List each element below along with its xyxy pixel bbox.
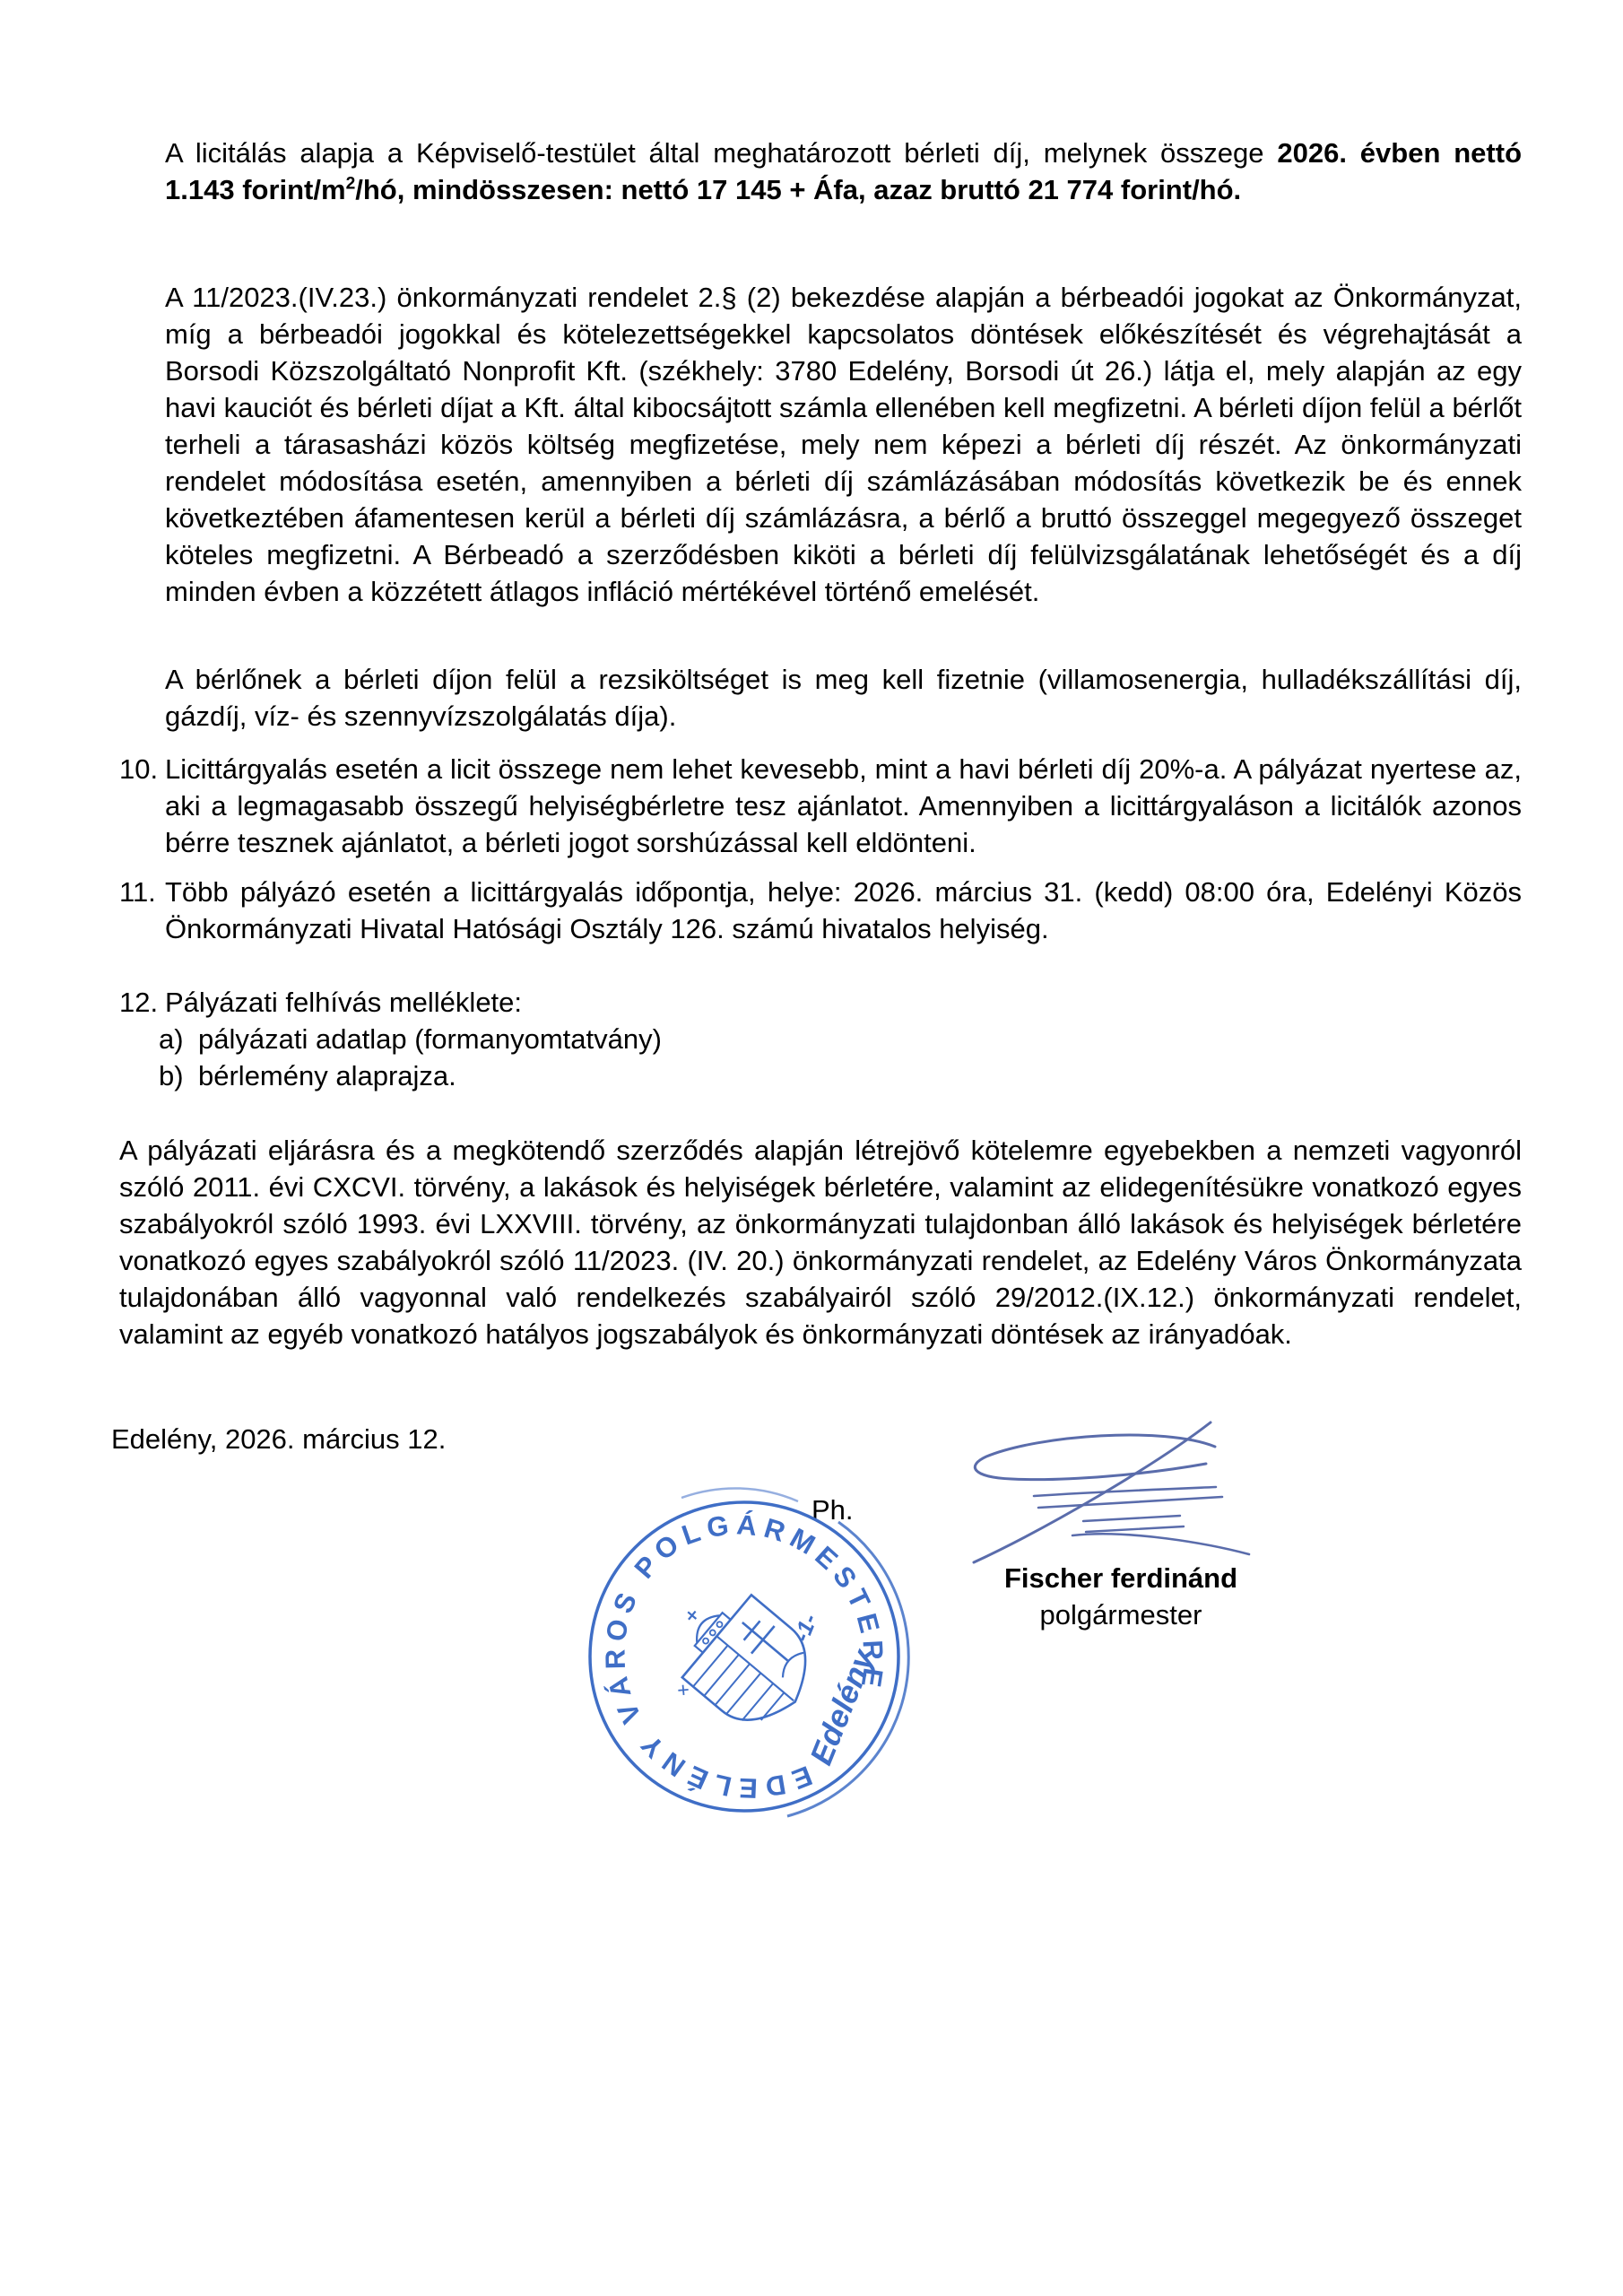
stamp-inner-note: -1- [789, 1611, 822, 1646]
signer-title: polgármester [933, 1596, 1309, 1633]
date-line: Edelény, 2026. március 12. [111, 1421, 829, 1457]
list-item-11-text: Több pályázó esetén a licittárgyalás idő… [165, 876, 1522, 944]
intro-paragraph: A licitálás alapja a Képviselő-testület … [165, 135, 1522, 208]
landlord-rights-paragraph: A 11/2023.(IV.23.) önkormányzati rendele… [165, 279, 1522, 610]
list-item-12b-label: b) [159, 1057, 184, 1094]
list-item-12a: a) pályázati adatlap (formanyomtatvány) [159, 1021, 1522, 1057]
list-item-12: 12. Pályázati felhívás melléklete: a) pá… [119, 984, 1522, 1094]
list-item-11-number: 11. [119, 874, 156, 910]
square-meter-superscript: 2 [346, 175, 356, 194]
utilities-paragraph: A bérlőnek a bérleti díjon felül a rezsi… [165, 661, 1522, 735]
stamp-top-smudge-arc [681, 1488, 798, 1501]
mayor-signature [940, 1410, 1263, 1576]
list-item-10-text: Licittárgyalás esetén a licit összege ne… [165, 753, 1522, 858]
mayor-round-stamp: EDELÉNY VÁROS POLGÁRMESTERE -1- Edelény [574, 1480, 924, 1848]
stamp-inner-city: Edelény [803, 1644, 881, 1770]
list-item-12-number: 12. [119, 984, 158, 1021]
list-item-12b-text: bérlemény alaprajza. [198, 1060, 456, 1091]
legal-references-paragraph: A pályázati eljárásra és a megkötendő sz… [119, 1132, 1522, 1352]
list-item-12a-text: pályázati adatlap (formanyomtatvány) [198, 1023, 662, 1055]
intro-paragraph-bold-tail: /hó, mindösszesen: nettó 17 145 + Áfa, a… [355, 174, 1241, 205]
list-item-12a-label: a) [159, 1021, 184, 1057]
signer-name: Fischer ferdinánd [933, 1560, 1309, 1596]
coat-of-arms [646, 1570, 830, 1752]
list-item-12b: b) bérlemény alaprajza. [159, 1057, 1522, 1094]
document-page: A licitálás alapja a Képviselő-testület … [0, 0, 1623, 2296]
intro-paragraph-normal: A licitálás alapja a Képviselő-testület … [165, 137, 1277, 169]
list-item-10-number: 10. [119, 751, 158, 787]
list-item-10: 10. Licittárgyalás esetén a licit összeg… [119, 751, 1522, 861]
list-item-12-text: Pályázati felhívás melléklete: [165, 987, 522, 1018]
list-item-11: 11. Több pályázó esetén a licittárgyalás… [119, 874, 1522, 947]
